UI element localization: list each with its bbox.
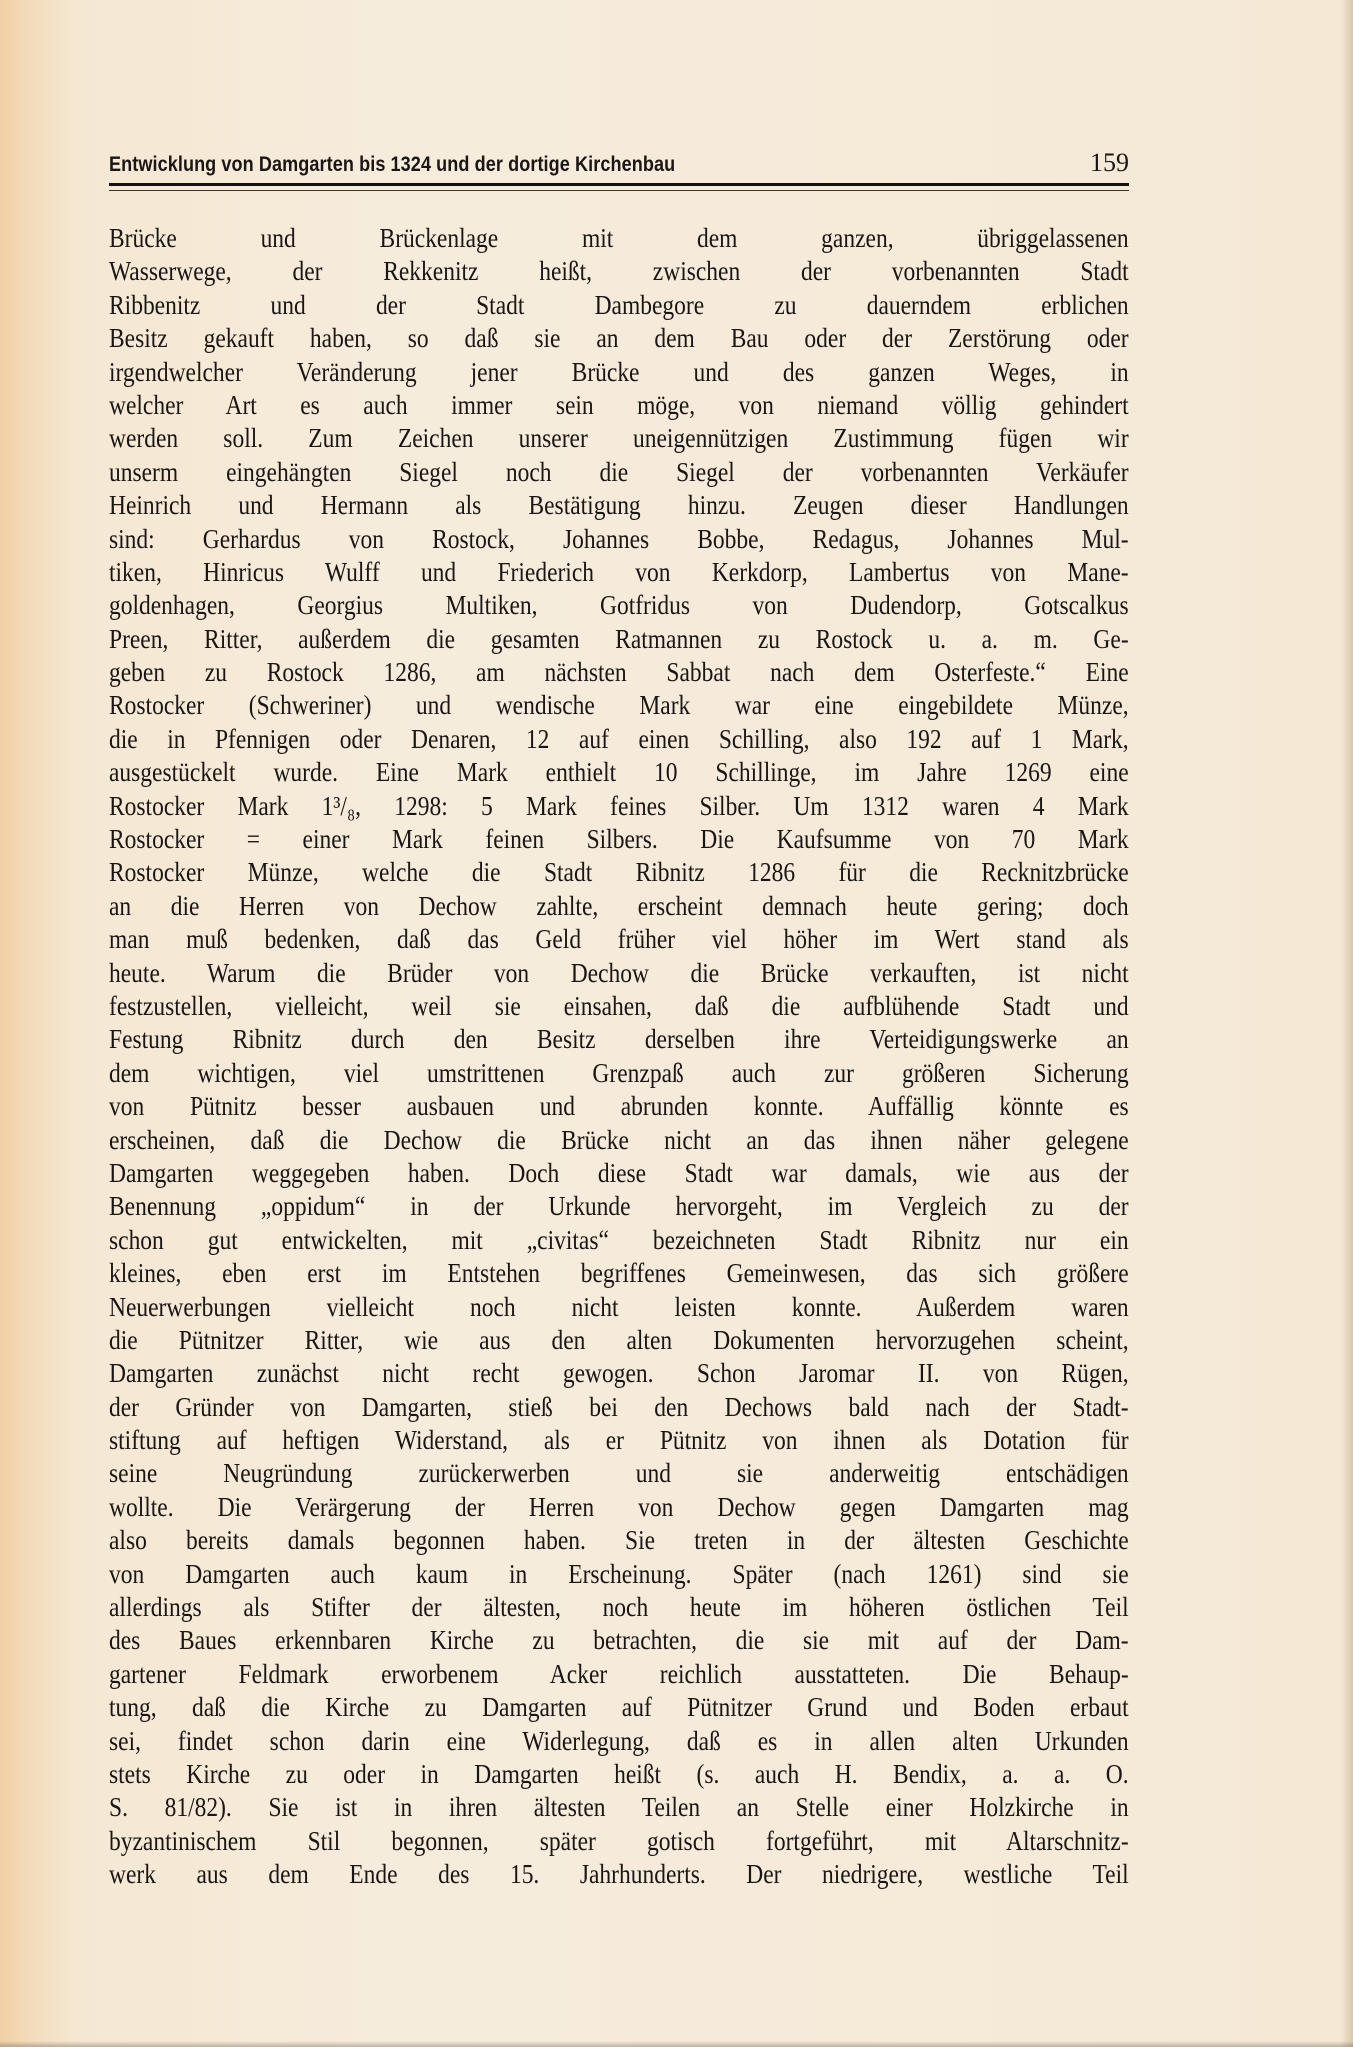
text-line: tung, daß die Kirche zu Damgarten auf Pü… (109, 1691, 1129, 1724)
text-line: ausgestückelt wurde. Eine Mark enthielt … (109, 756, 1129, 789)
text-line: die Pütnitzer Ritter, wie aus den alten … (109, 1324, 1129, 1357)
body-text: Brücke und Brückenlage mit dem ganzen, ü… (109, 222, 1129, 1925)
text-line: Rostocker Mark 1³/₈, 1298: 5 Mark feines… (109, 790, 1129, 823)
text-line: Rostocker (Schweriner) und wendische Mar… (109, 689, 1129, 722)
text-line: des Baues erkennbaren Kirche zu betracht… (109, 1624, 1129, 1657)
text-line: S. 81/82). Sie ist in ihren ältesten Tei… (109, 1791, 1129, 1824)
text-line: Damgarten zunächst nicht recht gewogen. … (109, 1357, 1129, 1390)
text-line: stiftung auf heftigen Widerstand, als er… (109, 1424, 1129, 1457)
text-line: seine Neugründung zurückerwerben und sie… (109, 1457, 1129, 1490)
text-line: wollte. Die Verärgerung der Herren von D… (109, 1491, 1129, 1524)
text-line: schon gut entwickelten, mit „civitas“ be… (109, 1224, 1129, 1257)
text-line: welcher Art es auch immer sein möge, von… (109, 389, 1129, 422)
text-line: Rostocker = einer Mark feinen Silbers. D… (109, 823, 1129, 856)
header-rule-thin (109, 190, 1129, 191)
text-line: goldenhagen, Georgius Multiken, Gotfridu… (109, 589, 1129, 622)
text-line: allerdings als Stifter der ältesten, noc… (109, 1591, 1129, 1624)
running-header: Entwicklung von Damgarten bis 1324 und d… (109, 148, 1129, 178)
text-line: Wasserwege, der Rekkenitz heißt, zwische… (109, 255, 1129, 288)
text-line: Besitz gekauft haben, so daß sie an dem … (109, 322, 1129, 355)
text-line: Ribbenitz und der Stadt Dambegore zu dau… (109, 289, 1129, 322)
text-line: Preen, Ritter, außerdem die gesamten Rat… (109, 623, 1129, 656)
text-line: sei, findet schon darin eine Widerlegung… (109, 1725, 1129, 1758)
text-line: von Pütnitz besser ausbauen und abrunden… (109, 1090, 1129, 1123)
text-line: Brücke und Brückenlage mit dem ganzen, ü… (109, 222, 1129, 255)
text-line: Rostocker Münze, welche die Stadt Ribnit… (109, 856, 1129, 889)
text-line: werden soll. Zum Zeichen unserer uneigen… (109, 422, 1129, 455)
text-line: der Gründer von Damgarten, stieß bei den… (109, 1391, 1129, 1424)
page-number: 159 (1090, 148, 1129, 178)
text-line: festzustellen, vielleicht, weil sie eins… (109, 990, 1129, 1023)
text-line: kleines, eben erst im Entstehen begriffe… (109, 1257, 1129, 1290)
text-line (109, 1892, 1129, 1925)
text-line: die in Pfennigen oder Denaren, 12 auf ei… (109, 723, 1129, 756)
text-line: von Damgarten auch kaum in Erscheinung. … (109, 1558, 1129, 1591)
header-rule-thick (109, 183, 1129, 186)
text-line: tiken, Hinricus Wulff und Friederich von… (109, 556, 1129, 589)
text-line: man muß bedenken, daß das Geld früher vi… (109, 923, 1129, 956)
text-line: Festung Ribnitz durch den Besitz derselb… (109, 1023, 1129, 1056)
text-line: Benennung „oppidum“ in der Urkunde hervo… (109, 1190, 1129, 1223)
text-line: stets Kirche zu oder in Damgarten heißt … (109, 1758, 1129, 1791)
text-line: byzantinischem Stil begonnen, später got… (109, 1825, 1129, 1858)
text-line: gartener Feldmark erworbenem Acker reich… (109, 1658, 1129, 1691)
text-line: heute. Warum die Brüder von Dechow die B… (109, 957, 1129, 990)
text-line: also bereits damals begonnen haben. Sie … (109, 1524, 1129, 1557)
book-page: Entwicklung von Damgarten bis 1324 und d… (0, 0, 1353, 2047)
text-line: dem wichtigen, viel umstrittenen Grenzpa… (109, 1057, 1129, 1090)
text-line: an die Herren von Dechow zahlte, erschei… (109, 890, 1129, 923)
text-line: sind: Gerhardus von Rostock, Johannes Bo… (109, 523, 1129, 556)
running-title: Entwicklung von Damgarten bis 1324 und d… (109, 153, 675, 177)
text-line: erscheinen, daß die Dechow die Brücke ni… (109, 1124, 1129, 1157)
text-line: irgendwelcher Veränderung jener Brücke u… (109, 356, 1129, 389)
text-line: Damgarten weggegeben haben. Doch diese S… (109, 1157, 1129, 1190)
text-line: geben zu Rostock 1286, am nächsten Sabba… (109, 656, 1129, 689)
text-line: Neuerwerbungen vielleicht noch nicht lei… (109, 1291, 1129, 1324)
text-line: unserm eingehängten Siegel noch die Sieg… (109, 456, 1129, 489)
text-line: werk aus dem Ende des 15. Jahrhunderts. … (109, 1858, 1129, 1891)
text-line: Heinrich und Hermann als Bestätigung hin… (109, 489, 1129, 522)
